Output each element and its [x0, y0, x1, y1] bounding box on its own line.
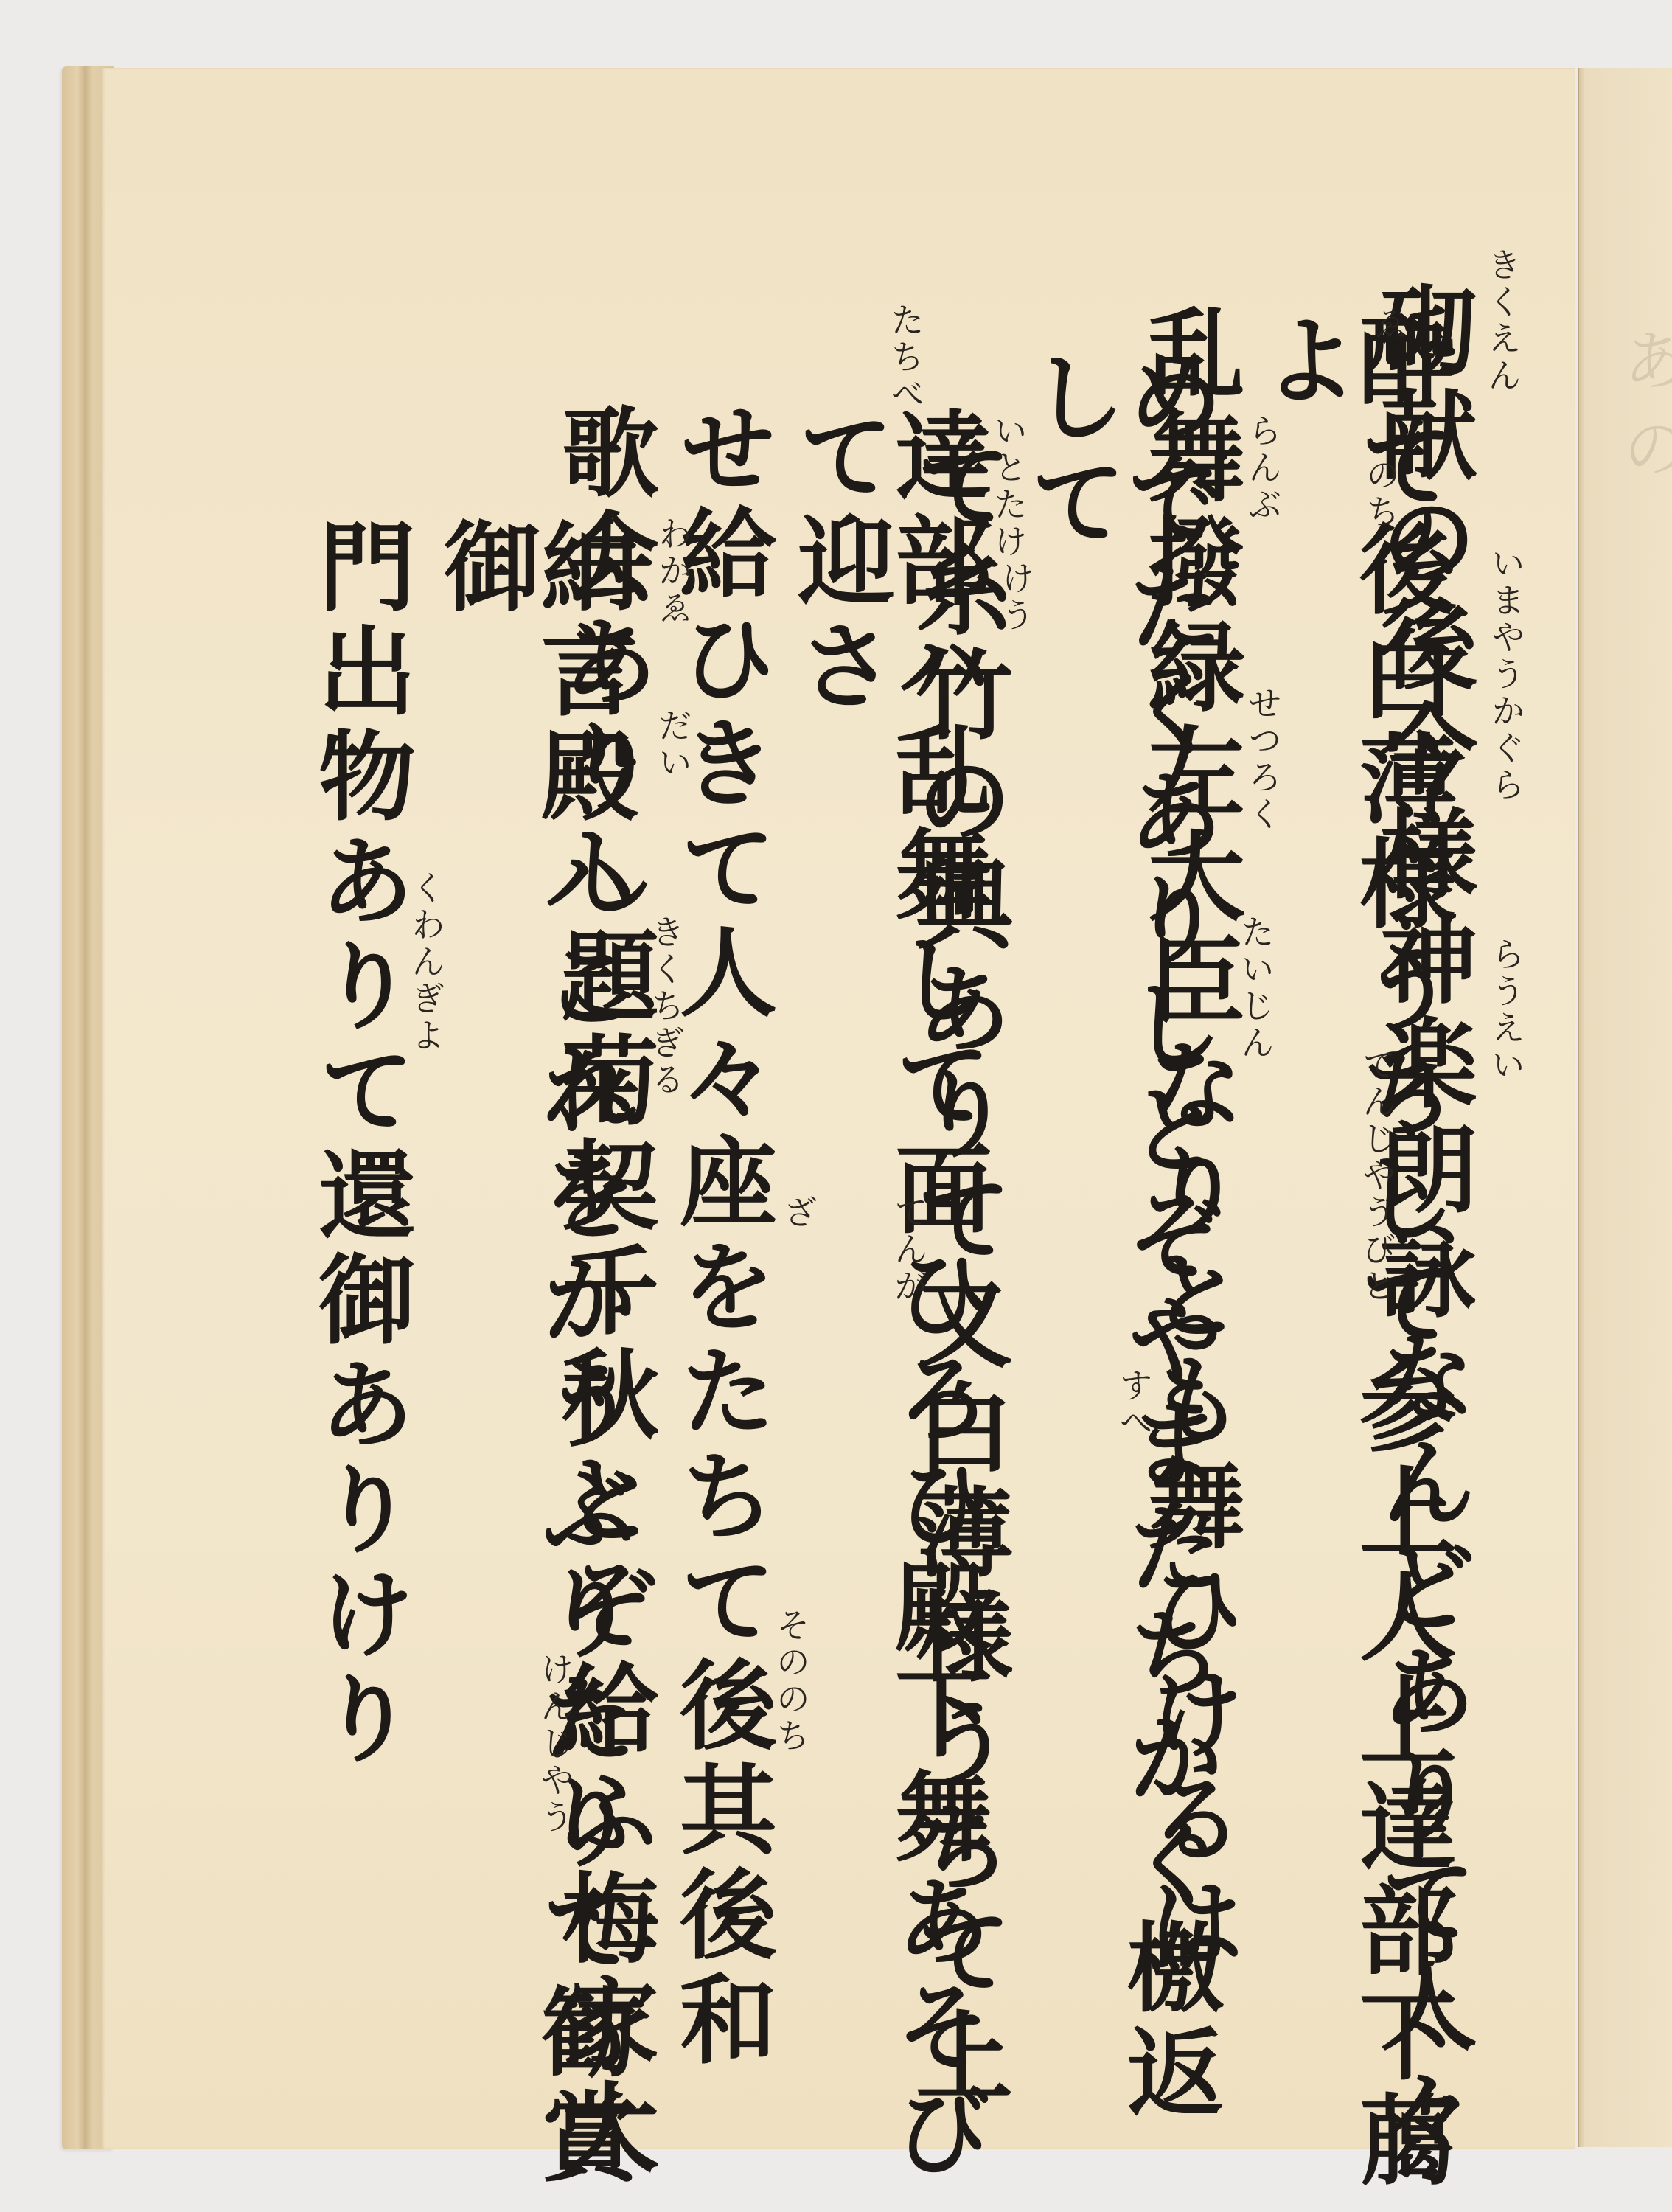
- ruby-1b: いまやうかぐら: [1482, 546, 1530, 804]
- ruby-8b: だい: [649, 708, 697, 782]
- ruby-2b: のち: [1356, 457, 1405, 531]
- ruby-1a: きくえん: [1478, 247, 1527, 394]
- text-column-9: 納言殿ハこれをかうぶりたりて勧賞御: [435, 516, 630, 2212]
- ruby-2c: てんじやうびと: [1353, 1047, 1401, 1305]
- ruby-8a: わかゑ: [649, 516, 697, 627]
- ruby-9a: けんじやう: [531, 1652, 579, 1836]
- text-column-2: 酔て後白薄様うちして参上人上達部下﨟よ: [1253, 310, 1448, 2212]
- text-column-6: 達部ハ乱舞して面ひろひ殿下舞あそびて迎さ: [789, 406, 983, 2212]
- facing-page-edge: あ の: [1578, 68, 1672, 2147]
- ruby-5b: けう: [992, 560, 1040, 634]
- ruby-7b: そののち: [767, 1607, 815, 1755]
- ruby-6a: たちべ: [881, 302, 930, 413]
- ruby-3a: らんぶ: [1239, 413, 1287, 524]
- ruby-3c: たいじん: [1231, 914, 1280, 1062]
- ruby-10a: くわんぎよ: [402, 870, 450, 1054]
- text-column-7: せ給ひきて人々座をたちて後其後和: [671, 398, 768, 2073]
- text-column-10: 門出物ありて還御ありけり: [310, 516, 407, 1773]
- ruby-4a: すへ: [1110, 1368, 1158, 1441]
- ruby-1c: らうえい: [1482, 936, 1530, 1084]
- ruby-2a: ゑ: [1364, 306, 1413, 343]
- ruby-8c: きくちぎる: [641, 914, 690, 1099]
- ruby-7a: ざ: [774, 1194, 823, 1231]
- text-column-4: めでたくありしとぞやまたちかく檄返して: [1021, 347, 1216, 2212]
- ruby-6b: てんが: [885, 1194, 933, 1305]
- ruby-3b: せつろく: [1239, 686, 1287, 833]
- bleed-through-text: あ の: [1601, 326, 1672, 480]
